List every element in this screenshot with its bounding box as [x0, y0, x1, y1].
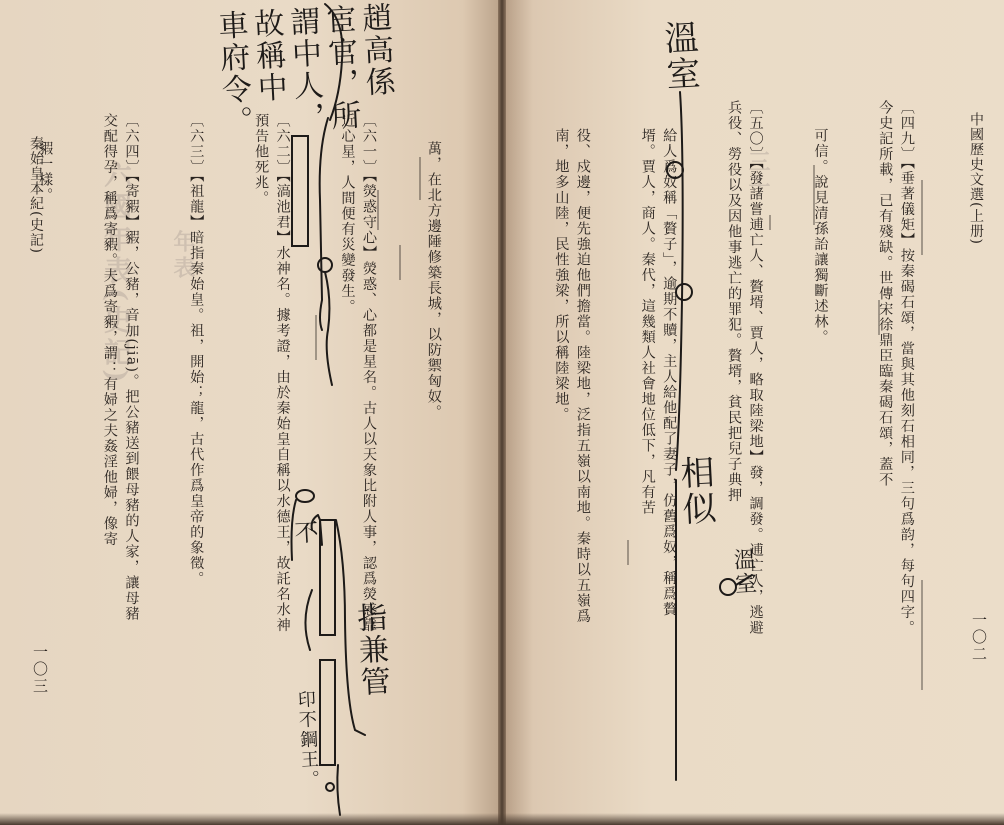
left-page: 六國年表(史記) 年表 秦始皇本紀(史記) 一〇三 萬，在北方邊陲修築長城，以防…	[0, 0, 503, 825]
handwritten-note: 趙高係 宦官，所 謂中人， 故稱中 車府令。	[211, 1, 398, 140]
handwritten-note: 溫室	[730, 547, 756, 596]
note-column: 〔四九〕【垂著儀矩】按秦碣石頌，當與其他刻石相同，三句爲韵，每句四字。今史記所載…	[874, 100, 917, 640]
page-number: 一〇二	[969, 612, 990, 663]
note-column: 〔六三〕【祖龍】暗指秦始皇。祖，開始；龍，古代作爲皇帝的象徵。	[185, 113, 207, 633]
annotation-columns: 萬，在北方邊陲修築長城，以防禦匈奴。 〔六一〕【熒惑守心】熒惑、心都是星名。古人…	[0, 113, 487, 633]
handwritten-line: 趙高係	[356, 1, 396, 99]
handwritten-note: 溫室	[657, 19, 701, 93]
handwritten-line: 故稱中	[248, 7, 288, 105]
handwritten-note: 不	[289, 519, 318, 546]
note-column: 豭一樣。	[34, 113, 56, 633]
handwritten-line: 車府令。	[212, 9, 254, 139]
handwritten-note: 相似	[673, 454, 717, 528]
note-column: 〔六二〕【滈池君】水神名。據考證，由於秦始皇自稱以水德王，故託名水神預告他死兆。	[249, 113, 292, 633]
page-number: 一〇三	[30, 644, 51, 695]
right-page: 三十 中國歷史文選(上册) 一〇二 〔四九〕【垂著儀矩】按秦碣石頌，當與其他刻石…	[503, 0, 1004, 825]
handwritten-line: 宦官，所	[320, 3, 362, 133]
note-column: 可信。說見清孫詒讓獨斷述林。	[809, 100, 831, 640]
running-head: 中國歷史文選(上册)	[966, 112, 986, 245]
note-column: 〔六一〕【熒惑守心】熒惑、心都是星名。古人以天象比附人事，認爲熒惑靠近心星，人間…	[336, 113, 379, 633]
handwritten-note: 印不鋼王。	[293, 689, 320, 790]
handwritten-line: 謂中人，	[284, 5, 326, 135]
note-column: 萬，在北方邊陲修築長城，以防禦匈奴。	[422, 113, 444, 633]
handwritten-note: 指兼管	[350, 601, 391, 699]
page-bottom-edge	[0, 813, 1004, 825]
book-gutter	[498, 0, 506, 825]
note-column: 〔六四〕【寄豭】豭，公豬，音加(jiā)。把公豬送到餵母豬的人家，讓母豬交配得孕…	[98, 113, 141, 633]
book-spread: 六國年表(史記) 年表 秦始皇本紀(史記) 一〇三 萬，在北方邊陲修築長城，以防…	[0, 0, 1004, 825]
note-column: 給人爲奴稱「贅子」，逾期不贖，主人給他配了妻子，仿舊爲奴，稱爲贅壻。賈人，商人。…	[636, 100, 679, 640]
note-column: 役、戍邊，便先強迫他們擔當。陸梁地，泛指五嶺以南地。秦時以五嶺爲南，地多山陸，民…	[550, 100, 593, 640]
